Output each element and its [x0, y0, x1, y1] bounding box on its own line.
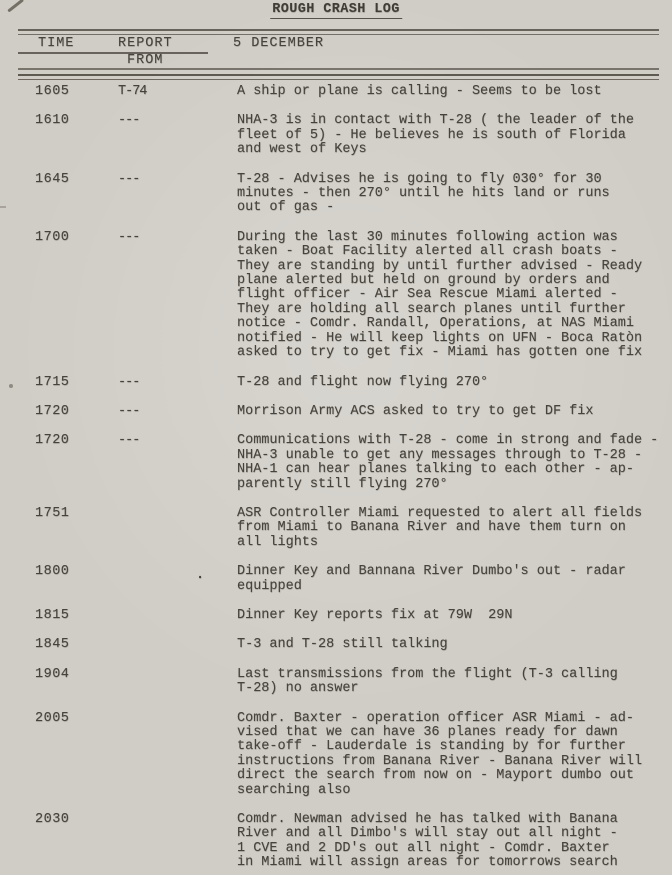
column-header-report: REPORT: [118, 37, 173, 51]
entry-report-from: ---: [118, 434, 139, 448]
entry-description: Communications with T-28 - come in stron…: [237, 434, 664, 492]
entry-description: Dinner Key reports fix at 79W 29N: [237, 609, 664, 623]
log-entry-row: 1815 Dinner Key reports fix at 79W 29N: [0, 609, 672, 623]
header-bottom-rule-double: [18, 74, 659, 80]
entry-description: ASR Controller Miami requested to alert …: [237, 507, 664, 550]
log-entry-row: 1720 --- Morrison Army ACS asked to try …: [0, 405, 672, 419]
entry-time: 1845: [35, 638, 69, 652]
column-header-underline: [18, 52, 208, 54]
document-page: ROUGH CRASH LOG TIME REPORT 5 DECEMBER F…: [0, 0, 672, 875]
entry-time: 1800: [35, 565, 69, 579]
entry-report-from: ---: [118, 376, 139, 390]
corner-pencil-mark: [7, 0, 24, 12]
entry-time: 2030: [35, 813, 69, 827]
entry-time: 1645: [35, 173, 69, 187]
entry-description: T-28 and flight now flying 270°: [237, 376, 664, 390]
column-header-from: FROM: [127, 54, 163, 68]
log-entry-row: 1904 Last transmissions from the flight …: [0, 668, 672, 697]
entry-stray-period: .: [196, 569, 204, 583]
entry-time: 1751: [35, 507, 69, 521]
header-bottom-rule-thin: [18, 68, 659, 70]
entry-description: T-28 - Advises he is going to fly 030° f…: [237, 173, 664, 216]
entry-report-from: ---: [118, 231, 139, 245]
entry-report-from: ---: [118, 114, 139, 128]
entry-time: 1904: [35, 668, 69, 682]
entry-report-from: T-74: [118, 85, 146, 99]
log-entry-row: 1645 --- T-28 - Advises he is going to f…: [0, 173, 672, 216]
entry-description: Morrison Army ACS asked to try to get DF…: [237, 405, 664, 419]
entry-description: Comdr. Baxter - operation officer ASR Mi…: [237, 712, 664, 798]
entry-description: Comdr. Newman advised he has talked with…: [237, 813, 664, 871]
column-header-time: TIME: [38, 37, 74, 51]
entry-time: 1815: [35, 609, 69, 623]
entry-description: Last transmissions from the flight (T-3 …: [237, 668, 664, 697]
log-entry-row: 1715 --- T-28 and flight now flying 270°: [0, 376, 672, 390]
entry-time: 1720: [35, 405, 69, 419]
log-entry-row: 1751 ASR Controller Miami requested to a…: [0, 507, 672, 550]
log-entry-row: 1605 T-74 A ship or plane is calling - S…: [0, 85, 672, 99]
entry-time: 1605: [35, 85, 69, 99]
entry-time: 1715: [35, 376, 69, 390]
log-entry-row: 1845 T-3 and T-28 still talking: [0, 638, 672, 652]
log-entry-row: 1700 --- During the last 30 minutes foll…: [0, 231, 672, 361]
entry-time: 1700: [35, 231, 69, 245]
page-title: ROUGH CRASH LOG: [270, 3, 402, 19]
entry-description: T-3 and T-28 still talking: [237, 638, 664, 652]
entry-report-from: ---: [118, 173, 139, 187]
entry-time: 1720: [35, 434, 69, 448]
column-header-date: 5 DECEMBER: [233, 37, 324, 51]
entry-description: During the last 30 minutes following act…: [237, 231, 664, 361]
entry-description: Dinner Key and Bannana River Dumbo's out…: [237, 565, 664, 594]
log-entry-row: 2005 Comdr. Baxter - operation officer A…: [0, 712, 672, 798]
entry-report-from: ---: [118, 405, 139, 419]
entry-time: 1610: [35, 114, 69, 128]
entry-time: 2005: [35, 712, 69, 726]
log-entry-row: 1720 --- Communications with T-28 - come…: [0, 434, 672, 492]
entry-description: A ship or plane is calling - Seems to be…: [237, 85, 664, 99]
log-entry-row: 1610 --- NHA-3 is in contact with T-28 (…: [0, 114, 672, 157]
header-top-rule: [18, 29, 659, 35]
log-entries: 1605 T-74 A ship or plane is calling - S…: [0, 85, 672, 871]
entry-description: NHA-3 is in contact with T-28 ( the lead…: [237, 114, 664, 157]
log-entry-row: 2030 Comdr. Newman advised he has talked…: [0, 813, 672, 871]
log-entry-row: 1800 . Dinner Key and Bannana River Dumb…: [0, 565, 672, 594]
